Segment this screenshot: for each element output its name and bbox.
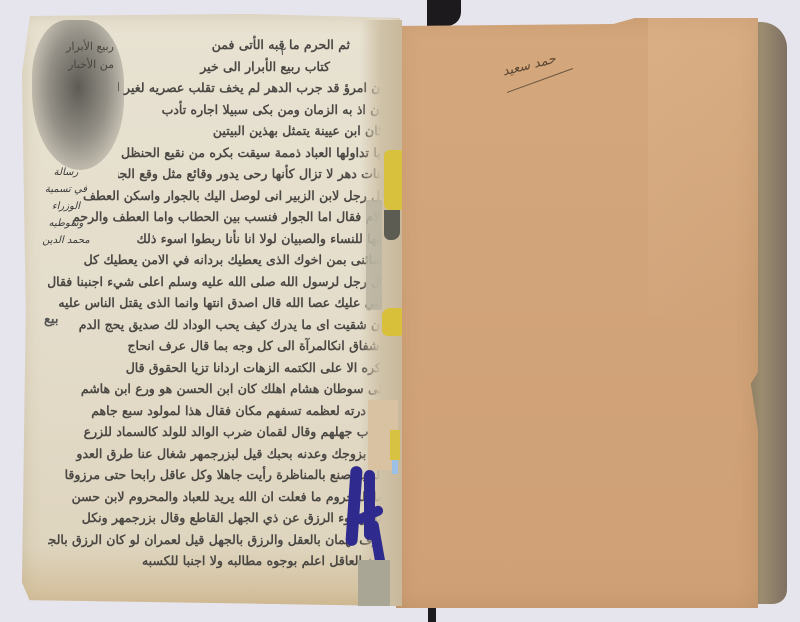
grey-paper-patch [366, 200, 382, 310]
margin-note-line: ربيع الأبرار [44, 38, 114, 56]
text-line: جلة وسوء الرزق عن ذي الجهل القاطع وقال ب… [48, 507, 390, 529]
grey-paper-patch [358, 560, 390, 606]
text-line: لاسائنى بمن اخوك الذى يعطيك بردانه في ال… [48, 249, 390, 271]
yellow-tape-patch [384, 150, 402, 210]
paper-fold [648, 18, 758, 318]
text-line: على سوطان هشام اهلك كان ابن الحسن هو ورع… [48, 378, 390, 400]
left-page-manuscript: ربيع الأبرار من الأخبار رسالة في تسمية ا… [22, 14, 400, 606]
manuscript-photo: حمد سعيد ربيع الأبرار من الأخبار رسالة ف… [0, 0, 800, 622]
book-gutter [360, 20, 402, 606]
text-line: قال رجل لابن الزبير انى لوصل اليك بالجوا… [48, 185, 390, 207]
text-line: دنيا تداولها العباد ذممة سيقت بكره من نق… [118, 142, 390, 164]
text-line: وبنات دهر لا تزال كأنها رحى يدور وقائع م… [118, 163, 390, 185]
background-dark-bar-bottom [428, 608, 436, 622]
blue-paper-scrap [392, 460, 398, 474]
text-line: ثم الحرم ما قبه الأتى فمن [118, 34, 390, 56]
yellow-tape-patch [382, 308, 402, 336]
right-page-endpaper [396, 18, 758, 608]
text-line: وان امرؤ قد جرب الدهر لم يخف تقلب عصريه … [118, 77, 390, 99]
text-line: الان اذ به الزمان ومن بكى سبيلا اجاره تأ… [118, 99, 390, 121]
text-line: لكان العاقل اعلم بوجوه مطالبه ولا اجنبا … [48, 550, 390, 572]
text-line: الاشفاق انكالمرآة الى كل وجه بما قال عرف… [48, 335, 390, 357]
text-line: ويؤدب جهلهم وقال لقمان ضرب الوالد للولد … [48, 421, 390, 443]
text-line: كتاب ربيع الأبرار الى خير [118, 56, 390, 78]
text-line: ادكره الا على الكتمه الزهات اردانا تزيا … [48, 357, 390, 379]
yellow-tape-patch [390, 430, 400, 460]
text-line: وانه درته لعظمه تسفهم مكان فقال هذا لمول… [48, 400, 390, 422]
text-line: النبي عليك عصا الله قال اصدق انتها وانما… [48, 292, 390, 314]
text-line: فالدنيا اصنع بالمناظرة رأيت جاهلا وكل عا… [48, 464, 390, 486]
margin-note-line: من الأخبار [44, 56, 114, 74]
text-line: ادبر بزوجك وعدنه بحبك قيل لبزرجمهر شغال … [48, 443, 390, 465]
dark-tape-patch [384, 210, 400, 240]
background-dark-bar-top [427, 0, 461, 26]
margin-note-line: رسالة [30, 164, 102, 181]
text-line: قال رجل لرسول الله صلى الله عليه وسلم اع… [48, 271, 390, 293]
text-line: اعرف لهمان بالعقل والرزق بالجهل قيل لعمر… [48, 529, 390, 551]
text-line: فان شقيت اى ما يدرك كيف يحب الوداد لك صد… [48, 314, 390, 336]
text-line: فانها للنساء والصبيان لولا انا نأنا ربطو… [48, 228, 390, 250]
text-line: وكان ابن عيينة يتمثل بهذين البيتين [118, 120, 390, 142]
margin-note-top: ربيع الأبرار من الأخبار [44, 38, 114, 74]
text-line: والام فقال اما الجوار فنسب بين الحطاب وا… [48, 206, 390, 228]
text-line: وما المحروم ما فعلت ان الله يريد للعباد … [48, 486, 390, 508]
